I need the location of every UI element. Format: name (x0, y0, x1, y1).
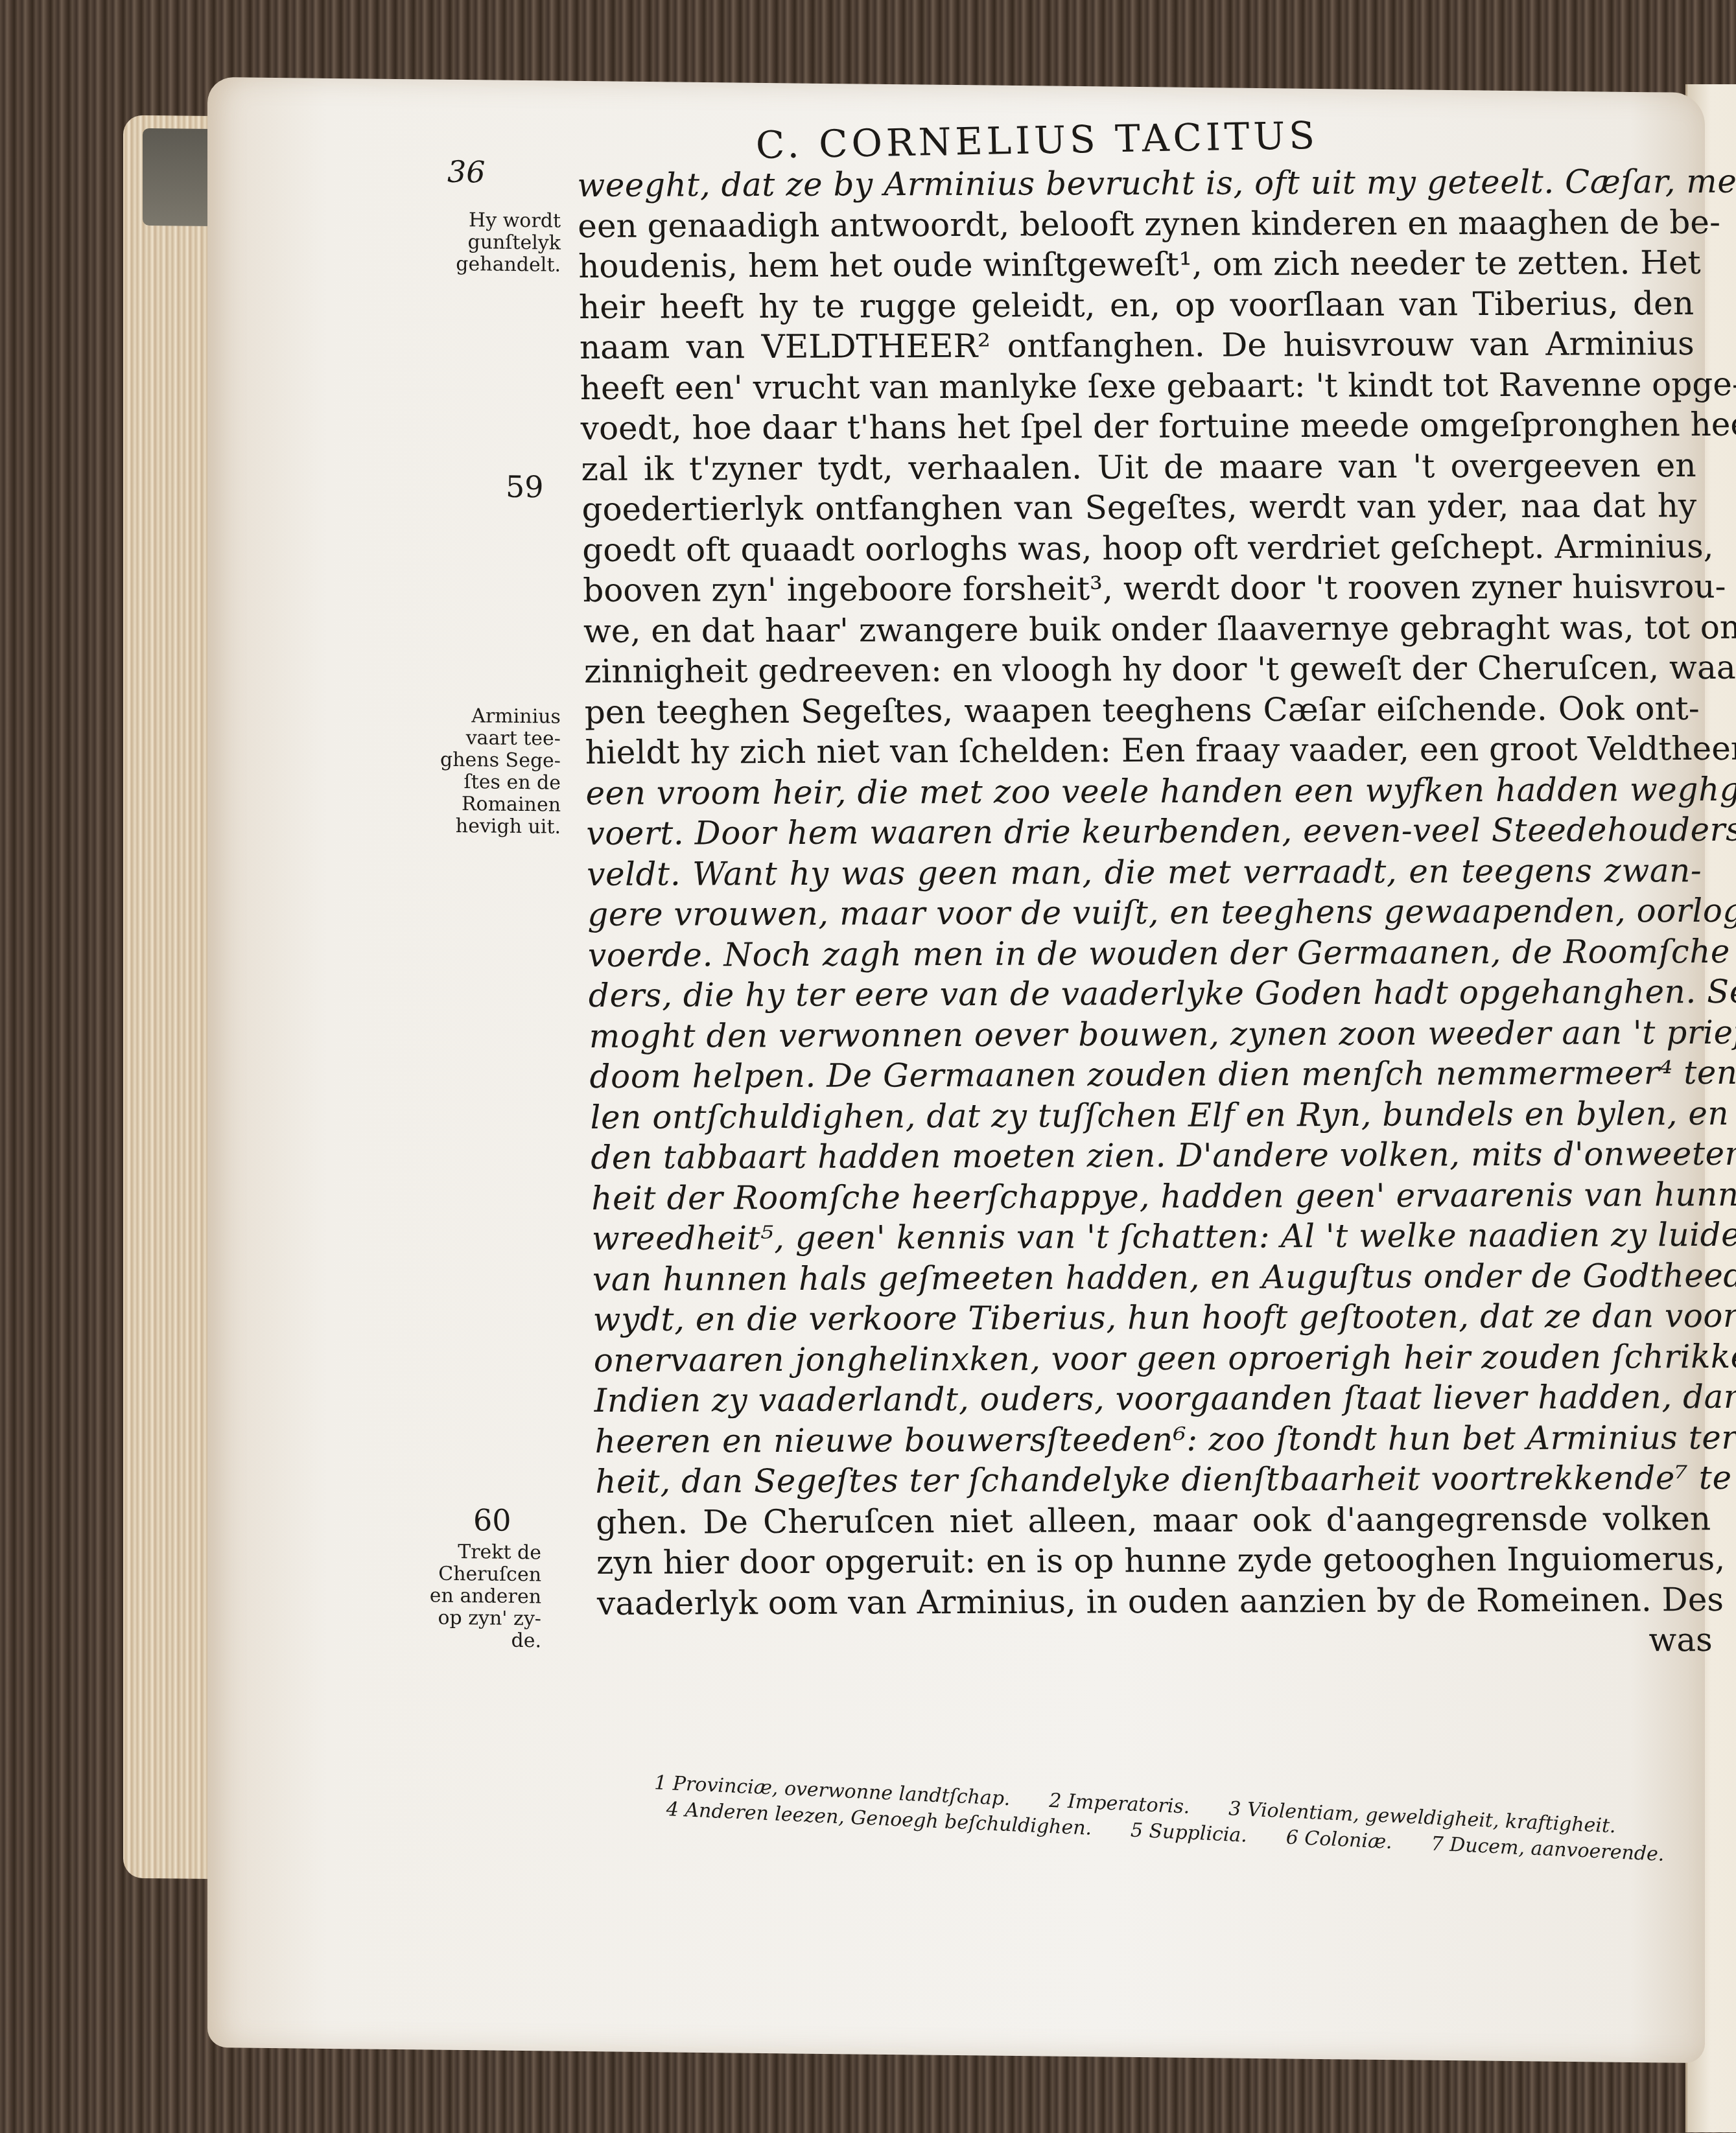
text-line: zal ik t'zyner tydt, verhaalen. Uit de m… (581, 445, 1696, 489)
text-line: houdenis, hem het oude winſtgeweſt¹, om … (578, 242, 1694, 287)
section-number-60: 60 (473, 1502, 511, 1538)
text-line: veldt. Want hy was geen man, die met ver… (587, 850, 1702, 894)
body-text: weeght, dat ze by Arminius bevrucht is, … (577, 161, 1713, 1664)
text-line: vaaderlyk oom van Arminius, in ouden aan… (597, 1579, 1713, 1624)
text-line: van hunnen hals geſmeeten hadden, en Aug… (592, 1255, 1708, 1300)
footnote-5: 5 Supplicia. (1130, 1818, 1247, 1849)
text-line: voerde. Noch zagh men in de wouden der G… (588, 931, 1704, 975)
text-line: wydt, en die verkoore Tiberius, hun hoof… (592, 1296, 1708, 1340)
text-line: voert. Door hem waaren drie keurbenden, … (586, 810, 1702, 854)
text-line: onervaaren jonghelinxken, voor geen opro… (593, 1336, 1709, 1381)
text-line: heir heeft hy te rugge geleidt, en, op v… (579, 283, 1695, 327)
text-line: een vroom heir, die met zoo veele handen… (585, 769, 1701, 813)
margin-note-gunstelyk: Hy wordt gunſtelyk gehandelt. (438, 209, 561, 277)
text-line: moght den verwonnen oever bouwen, zynen … (589, 1012, 1704, 1056)
text-line: wreedheit⁵, geen' kennis van 't ſchatten… (592, 1215, 1707, 1259)
catchword: was (597, 1620, 1713, 1664)
text-line: naam van VELDTHEER² ontfanghen. De huisv… (579, 323, 1695, 368)
text-line: heit, dan Segeſtes ter ſchandelyke dienſ… (595, 1458, 1711, 1502)
text-line: een genaadigh antwoordt, belooft zynen k… (578, 202, 1693, 246)
text-line: ders, die hy ter eere van de vaaderlyke … (588, 972, 1704, 1016)
footnote-6: 6 Coloniæ. (1285, 1824, 1392, 1855)
text-line: heeren en nieuwe bouwersſteeden⁶: zoo ſt… (594, 1417, 1710, 1462)
text-line: pen teeghen Segeſtes, waapen teeghens Cæ… (584, 688, 1700, 732)
book-page: C. CORNELIUS TACITUS 36 Hy wordt gunſtel… (207, 77, 1705, 2063)
text-line: heeft een' vrucht van manlyke ſexe gebaa… (580, 364, 1695, 408)
text-line: weeght, dat ze by Arminius bevrucht is, … (577, 161, 1693, 206)
text-line: zinnigheit gedreeven: en vloogh hy door … (583, 647, 1699, 692)
margin-note-trekt-de-cheruscen: Trekt de Cheruſcen en anderen op zyn' zy… (418, 1541, 541, 1652)
text-line: voedt, hoe daar t'hans het ſpel der fort… (580, 404, 1696, 449)
text-line: goedertierlyk ontfanghen van Segeſtes, w… (581, 485, 1697, 530)
text-line: hieldt hy zich niet van ſchelden: Een fr… (585, 728, 1700, 773)
text-line: len ontſchuldighen, dat zy tuſſchen Elf … (590, 1093, 1706, 1137)
book: C. CORNELIUS TACITUS 36 Hy wordt gunſtel… (84, 76, 1698, 2050)
text-line: gere vrouwen, maar voor de vuiſt, en tee… (587, 891, 1703, 935)
page-number: 36 (447, 154, 486, 190)
text-line: doom helpen. De Germaanen zouden dien me… (589, 1053, 1705, 1097)
text-line: goedt oft quaadt oorloghs was, hoop oft … (582, 526, 1698, 570)
text-line: booven zyn' ingeboore forsheit³, werdt d… (583, 566, 1698, 611)
text-line: zyn hier door opgeruit: en is op hunne z… (596, 1539, 1712, 1583)
text-line: Indien zy vaaderlandt, ouders, voorgaand… (594, 1377, 1709, 1421)
text-line: heit der Roomſche heerſchappye, hadden g… (591, 1174, 1707, 1218)
margin-note-arminius-vaart: Arminius vaart tee-ghens Sege-ſtes en de… (438, 705, 561, 839)
text-line: we, en dat haar' zwangere buik onder ſla… (583, 607, 1699, 651)
section-number-59: 59 (506, 469, 544, 505)
text-line: ghen. De Cheruſcen niet alleen, maar ook… (596, 1498, 1711, 1543)
text-line: den tabbaart hadden moeten zien. D'ander… (591, 1134, 1706, 1178)
footnotes: 1 Provinciæ, overwonne landtſchap. 2 Imp… (653, 1770, 1736, 1872)
